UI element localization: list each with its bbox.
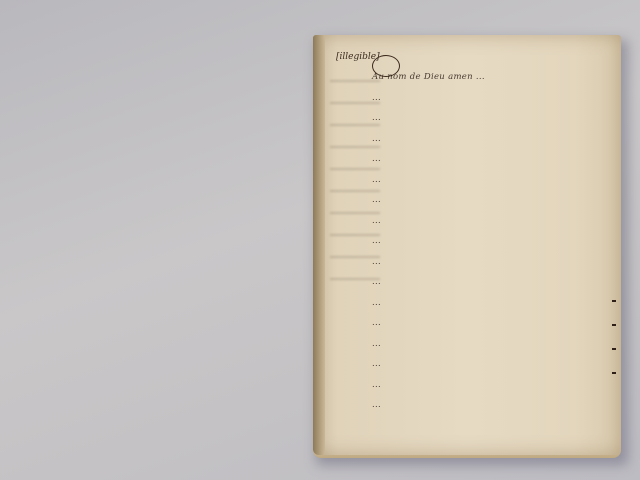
text-line: ... (372, 154, 381, 164)
text-line: ... (372, 339, 381, 349)
binding-gutter (313, 35, 325, 455)
text-line: ... (372, 113, 381, 123)
text-line: ... (372, 400, 381, 410)
text-line: ... (372, 257, 381, 267)
text-line: Au nom de Dieu amen ... (372, 72, 485, 82)
text-line: ... (372, 318, 381, 328)
text-line: ... (372, 134, 381, 144)
text-line: ... (372, 380, 381, 390)
handwritten-text-block: Au nom de Dieu amen ... ... ... ... ... … (372, 66, 617, 415)
text-line: ... (372, 195, 381, 205)
text-line: ... (372, 298, 381, 308)
text-line: ... (372, 93, 381, 103)
text-line: ... (372, 277, 381, 287)
margin-marks (612, 300, 616, 396)
text-line: ... (372, 236, 381, 246)
text-line: ... (372, 359, 381, 369)
text-line: ... (372, 216, 381, 226)
text-line: ... (372, 175, 381, 185)
